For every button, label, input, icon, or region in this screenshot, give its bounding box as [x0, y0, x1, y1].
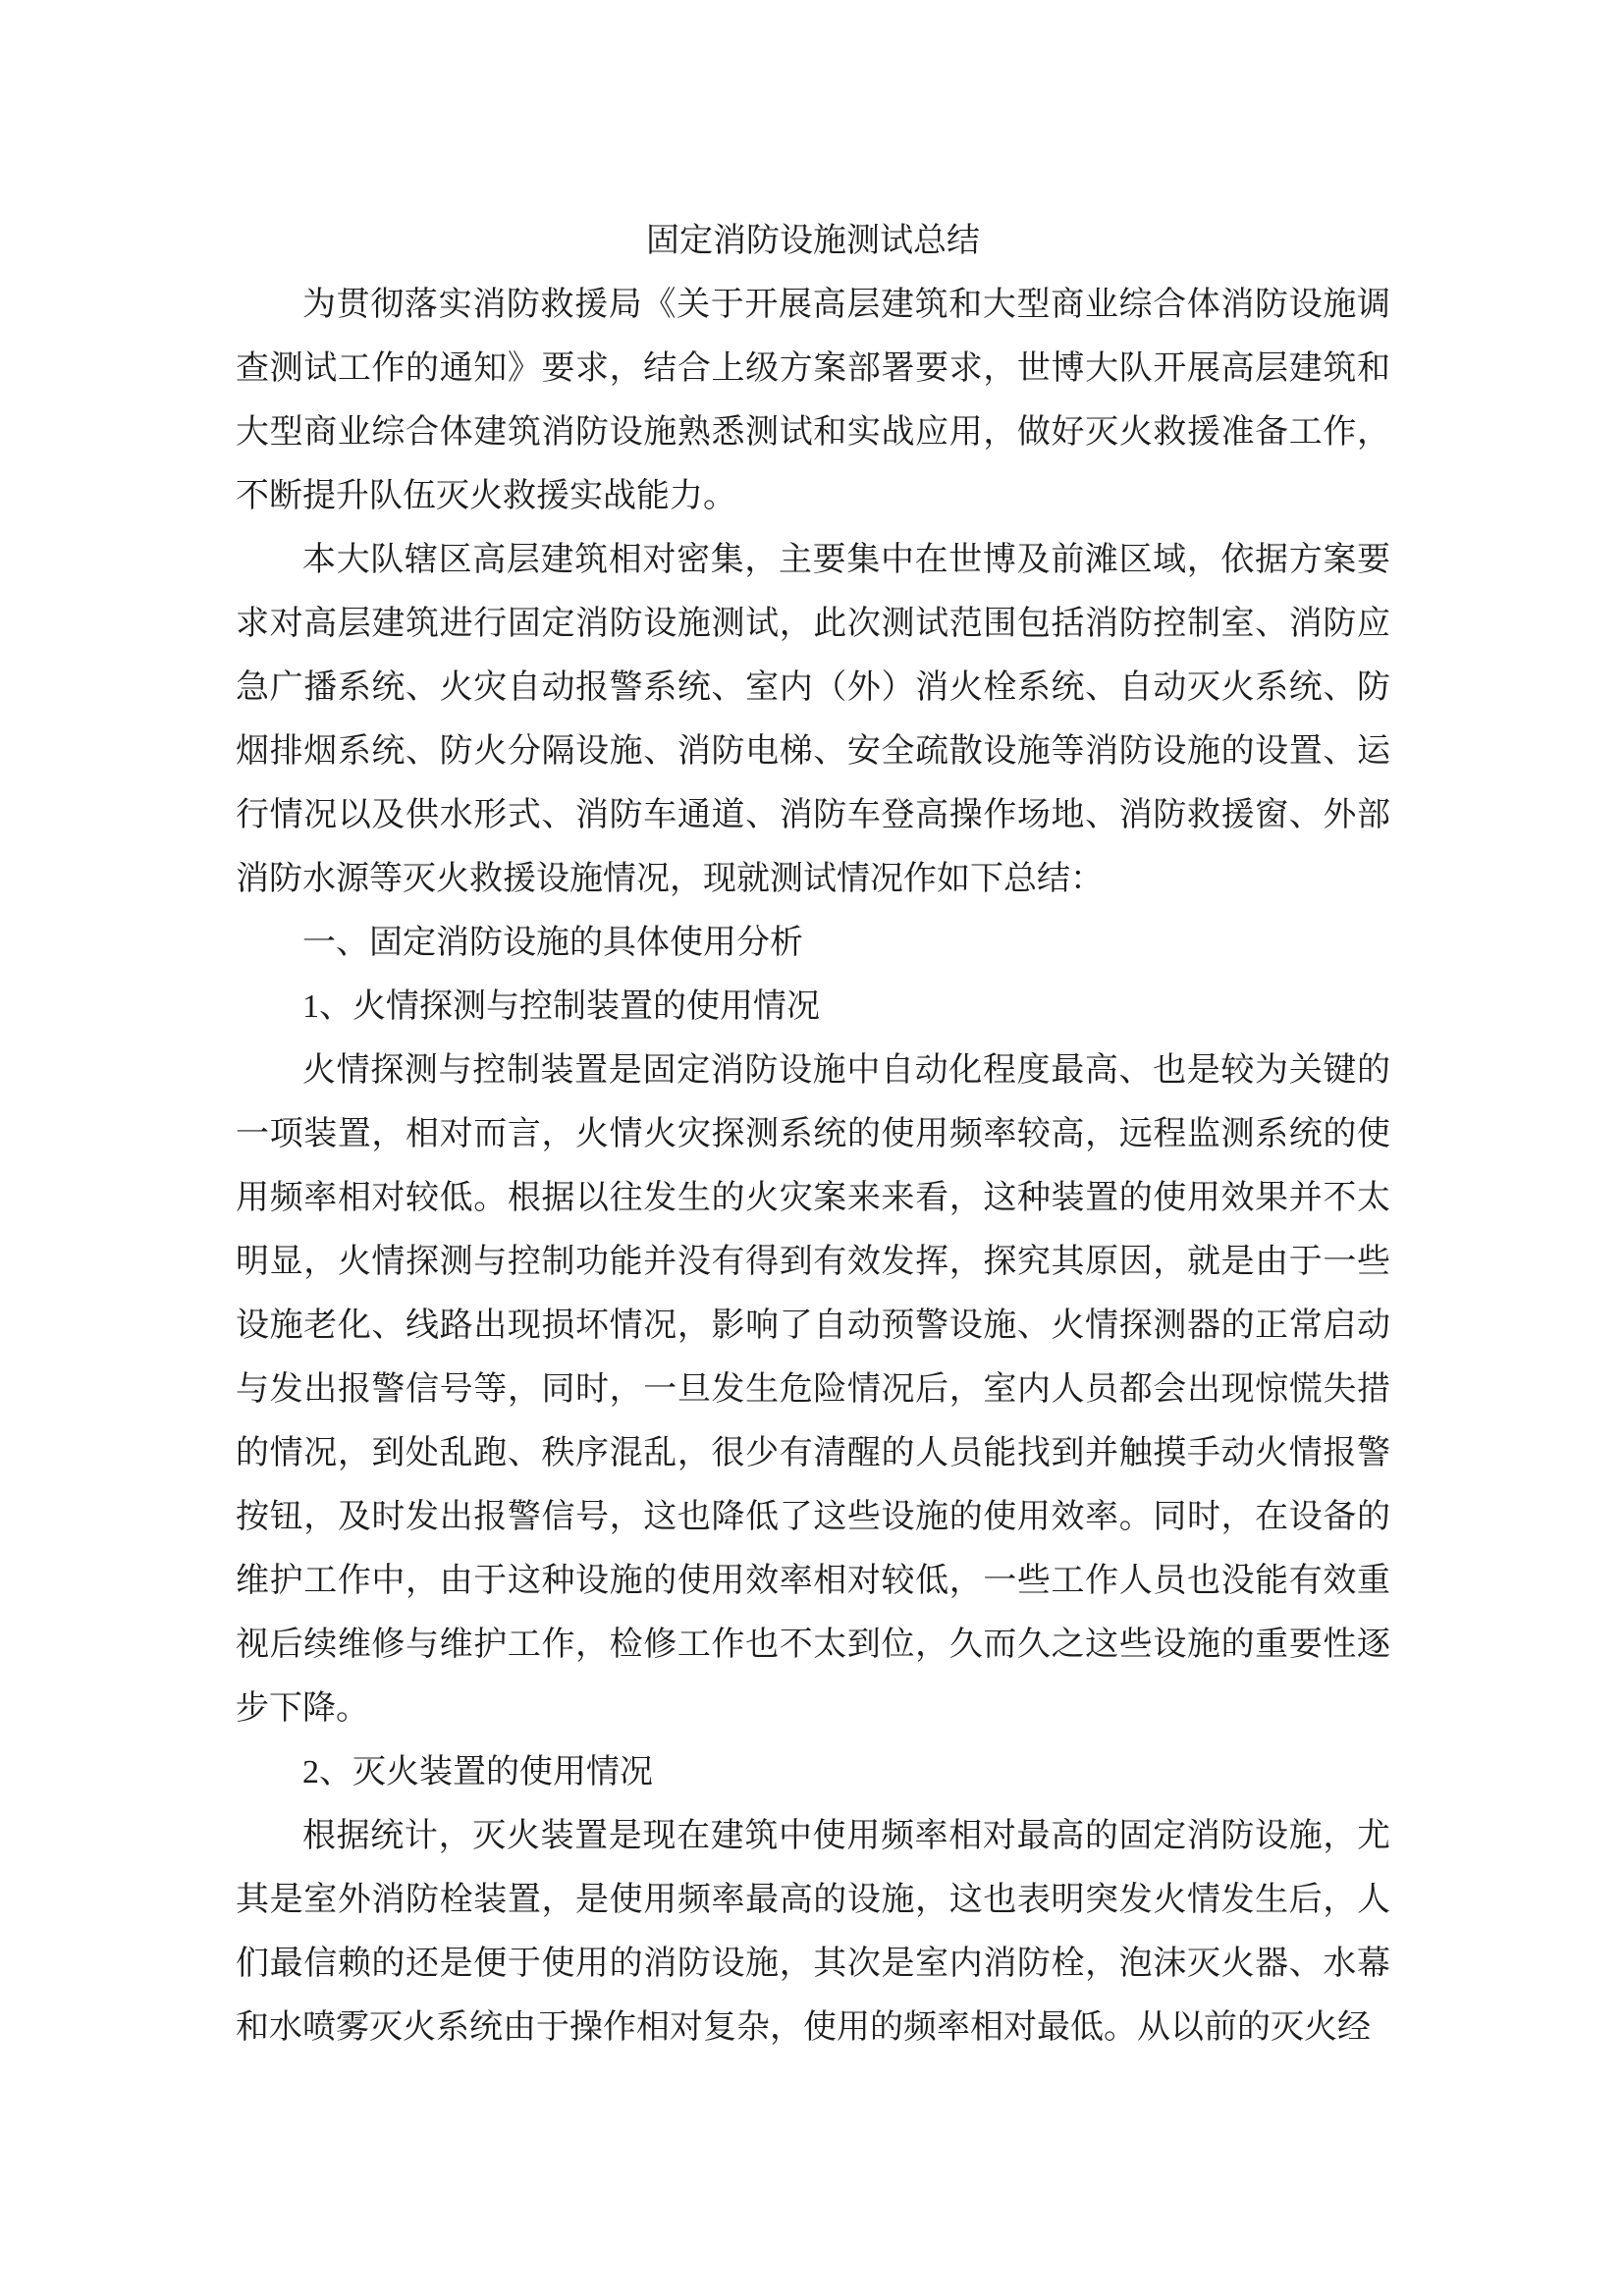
section-heading: 一、固定消防设施的具体使用分析 — [236, 911, 1390, 975]
document-paragraph: 火情探测与控制装置是固定消防设施中自动化程度最高、也是较为关键的一项装置，相对而… — [236, 1039, 1390, 1740]
document-paragraph: 本大队辖区高层建筑相对密集，主要集中在世博及前滩区域，依据方案要求对高层建筑进行… — [236, 528, 1390, 911]
document-page: 固定消防设施测试总结 为贯彻落实消防救援局《关于开展高层建筑和大型商业综合体消防… — [0, 0, 1624, 2296]
section-heading: 2、灭火装置的使用情况 — [236, 1740, 1390, 1804]
document-body: 为贯彻落实消防救援局《关于开展高层建筑和大型商业综合体消防设施调查测试工作的通知… — [236, 273, 1390, 2059]
document-paragraph: 为贯彻落实消防救援局《关于开展高层建筑和大型商业综合体消防设施调查测试工作的通知… — [236, 273, 1390, 528]
document-paragraph: 根据统计，灭火装置是现在建筑中使用频率相对最高的固定消防设施，尤其是室外消防栓装… — [236, 1804, 1390, 2059]
section-heading: 1、火情探测与控制装置的使用情况 — [236, 975, 1390, 1039]
document-title: 固定消防设施测试总结 — [236, 209, 1390, 273]
